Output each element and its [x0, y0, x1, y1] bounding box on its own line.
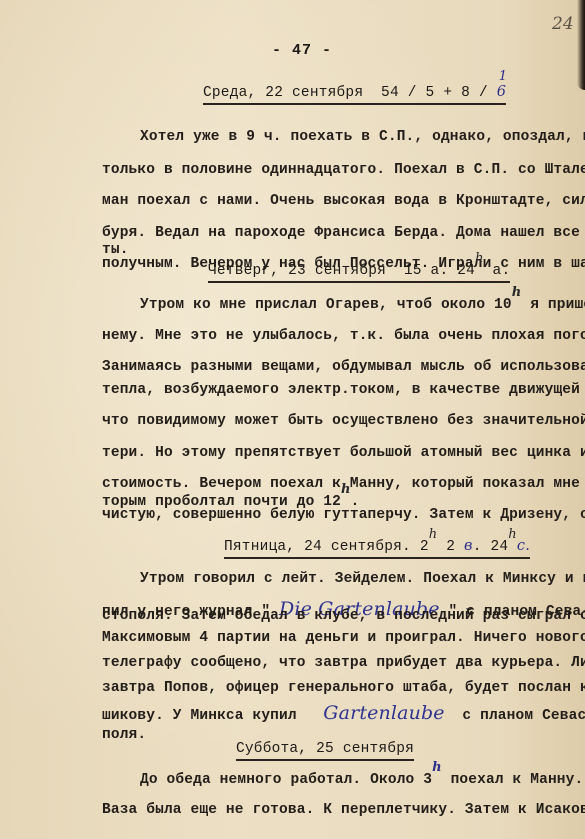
- hour-superscript: h: [512, 285, 522, 300]
- text-line: буря. Ведал на пароходе Франсиса Берда. …: [102, 225, 585, 242]
- text-segment: До обеда немного работал. Около 3: [140, 772, 432, 788]
- heading-note: 15 а. 24: [404, 263, 475, 279]
- text-line: Хотел уже в 9 ч. поехать в С.П., однако,…: [140, 129, 585, 146]
- text-line: Занимаясь разными вещами, обдумывал мысл…: [102, 359, 585, 376]
- handwritten-title: Gartenlaube: [323, 702, 444, 724]
- text-line: ман поехал с нами. Очень высокая вода в …: [102, 193, 585, 210]
- entry-heading-wednesday: Среда, 22 сентября 54 / 5 + 8 / 6 1: [203, 84, 506, 105]
- heading-date: Среда, 22 сентября: [203, 85, 363, 101]
- text-line: завтра Попов, офицер генерального штаба,…: [102, 680, 585, 697]
- text-segment: поехал к Манну.: [451, 772, 584, 788]
- text-line: Максимовым 4 партии на деньги и проиграл…: [102, 630, 585, 647]
- handwritten-letter: с.: [517, 538, 530, 554]
- heading-date: Четверг, 23 сентября: [208, 263, 386, 279]
- text-segment: я пришел к: [530, 297, 585, 313]
- hour-superscript: h: [429, 527, 438, 542]
- text-line: стополя. Затем обедал в клубе, в последн…: [102, 608, 585, 625]
- hour-superscript: h: [432, 760, 442, 775]
- hour-superscript: h: [341, 482, 351, 497]
- text-line: что повидимому может быть осуществлено б…: [102, 413, 585, 430]
- text-line: нему. Мне это не улыбалось, т.к. была оч…: [102, 328, 585, 345]
- hour-superscript: h: [475, 251, 484, 266]
- heading-note: 2: [420, 539, 429, 555]
- heading-date: Суббота, 25 сентября: [236, 741, 414, 757]
- text-line: шикову. У Минкса купил Gartenlaube с пла…: [102, 705, 585, 725]
- text-segment: шикову. У Минкса купил: [102, 708, 297, 724]
- handwritten-letter: в: [464, 538, 473, 554]
- text-line: До обеда немного работал. Около 3h поеха…: [140, 771, 583, 789]
- text-line: тепла, возбуждаемого электр.током, в кач…: [102, 382, 585, 399]
- text-line: Ваза была еще не готова. К переплетчику.…: [102, 802, 585, 819]
- heading-note: 2: [446, 539, 455, 555]
- entry-heading-saturday: Суббота, 25 сентября: [236, 741, 414, 761]
- entry-heading-friday: Пятница, 24 сентября. 2h 2 в. 24hс.: [224, 538, 530, 559]
- heading-date: Пятница, 24 сентября.: [224, 539, 411, 555]
- text-line: Утром ко мне прислал Огарев, чтоб около …: [140, 296, 585, 314]
- period: .: [351, 494, 360, 510]
- hour-superscript: h: [508, 527, 517, 542]
- handwritten-letter: 6: [497, 84, 506, 100]
- text-segment: с планом Севасто-: [462, 708, 585, 724]
- handwritten-note: 6 1: [497, 84, 506, 100]
- heading-note-suffix: а.: [484, 263, 511, 279]
- handwritten-superscript: 1: [499, 68, 507, 85]
- text-line: телеграфу сообщено, что завтра прибудет …: [102, 655, 585, 672]
- heading-note: . 24: [473, 539, 509, 555]
- text-line: торым проболтал почти до 12h.: [102, 493, 359, 511]
- text-line-wrap: ты.: [102, 242, 129, 259]
- heading-note: 54 / 5 + 8 /: [381, 85, 488, 101]
- text-line: поля.: [102, 727, 146, 744]
- page-edge-shadow: [577, 0, 585, 90]
- folio-number: 24: [552, 14, 574, 34]
- text-line: Утром говорил с лейт. Зейделем. Поехал к…: [140, 571, 585, 588]
- text-segment: торым проболтал почти до 12: [102, 494, 341, 510]
- entry-heading-thursday: Четверг, 23 сентября 15 а. 24h а.: [208, 262, 510, 283]
- text-line: только в половине одиннадцатого. Поехал …: [102, 162, 585, 179]
- text-line: тери. Но этому препятствует большой атом…: [102, 445, 585, 462]
- page-number: - 47 -: [272, 42, 332, 59]
- document-page: 24 - 47 - Среда, 22 сентября 54 / 5 + 8 …: [0, 0, 585, 839]
- text-segment: Утром ко мне прислал Огарев, чтоб около …: [140, 297, 512, 313]
